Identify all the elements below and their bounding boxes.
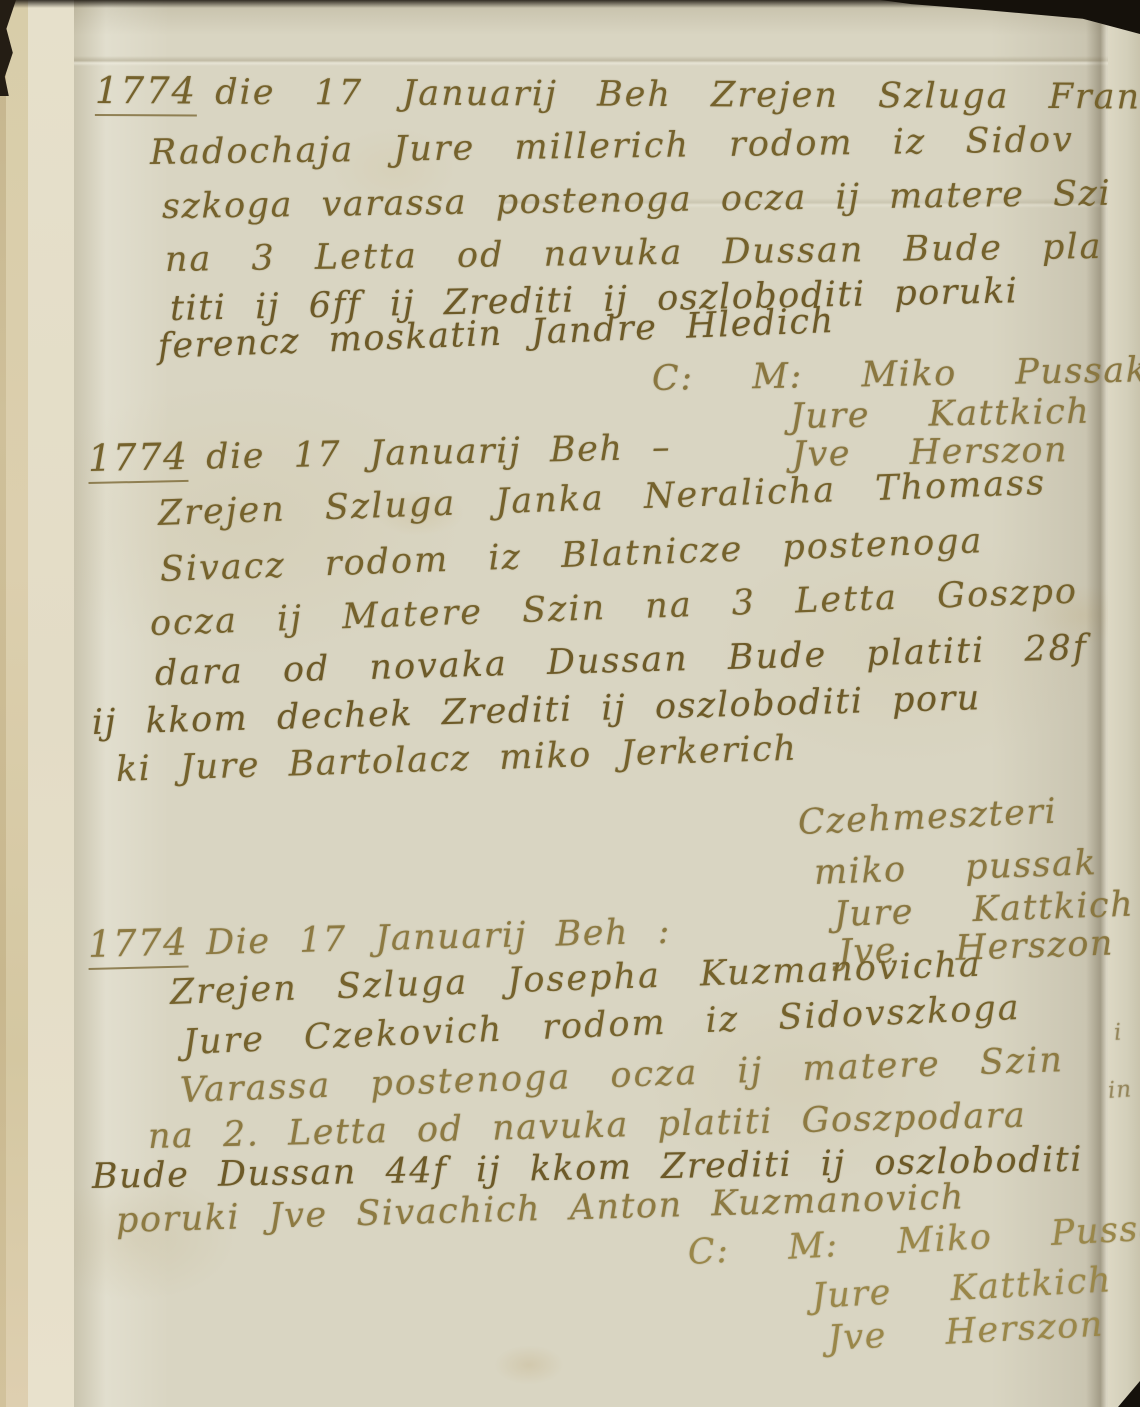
entry1-line: na 3 Letta od navuka Dussan Bude pla bbox=[165, 230, 1103, 278]
entry3-year: 1774 bbox=[87, 921, 188, 970]
entry1-date-line: 1774die 17 Januarij Beh Zrejen Szluga Fr… bbox=[95, 72, 1140, 116]
entry2-signature: miko pussak bbox=[813, 846, 1097, 891]
edge-ink-fragment: in bbox=[1107, 1078, 1133, 1103]
manuscript-photo: 1774die 17 Januarij Beh Zrejen Szluga Fr… bbox=[0, 0, 1140, 1407]
entry2-line: Zrejen Szluga Janka Neralicha Thomass bbox=[157, 466, 1046, 532]
entry2-signature: Czehmeszteri bbox=[797, 795, 1058, 841]
entry2-date-line: 1774die 17 Januarij Beh – bbox=[88, 428, 672, 478]
entry1-line: Radochaja Jure millerich rodom iz Sidov bbox=[150, 123, 1074, 171]
entry1-signature: Jure Kattkich bbox=[790, 395, 1091, 435]
entry3-signature: Jve Herszon bbox=[827, 1308, 1105, 1357]
entry1-line: szkoga varassa postenoga ocza ij matere … bbox=[162, 177, 1112, 225]
entry1-signature: C: M: Miko Pussak bbox=[652, 353, 1140, 397]
entry1-year: 1774 bbox=[95, 69, 197, 117]
entry1-date-text: die 17 Januarij Beh Zrejen Szluga Francz… bbox=[215, 73, 1140, 118]
entry2-line: ki Jure Bartolacz miko Jerkerich bbox=[115, 732, 797, 788]
edge-ink-fragment: i bbox=[1113, 1021, 1123, 1045]
entry2-year: 1774 bbox=[88, 435, 189, 484]
entry3-date-line: 1774Die 17 Januarij Beh : bbox=[88, 912, 672, 964]
handwriting-layer: 1774die 17 Januarij Beh Zrejen Szluga Fr… bbox=[0, 0, 1140, 1407]
entry3-date-text: Die 17 Januarij Beh : bbox=[206, 912, 672, 963]
entry2-date-text: die 17 Januarij Beh – bbox=[206, 428, 672, 478]
